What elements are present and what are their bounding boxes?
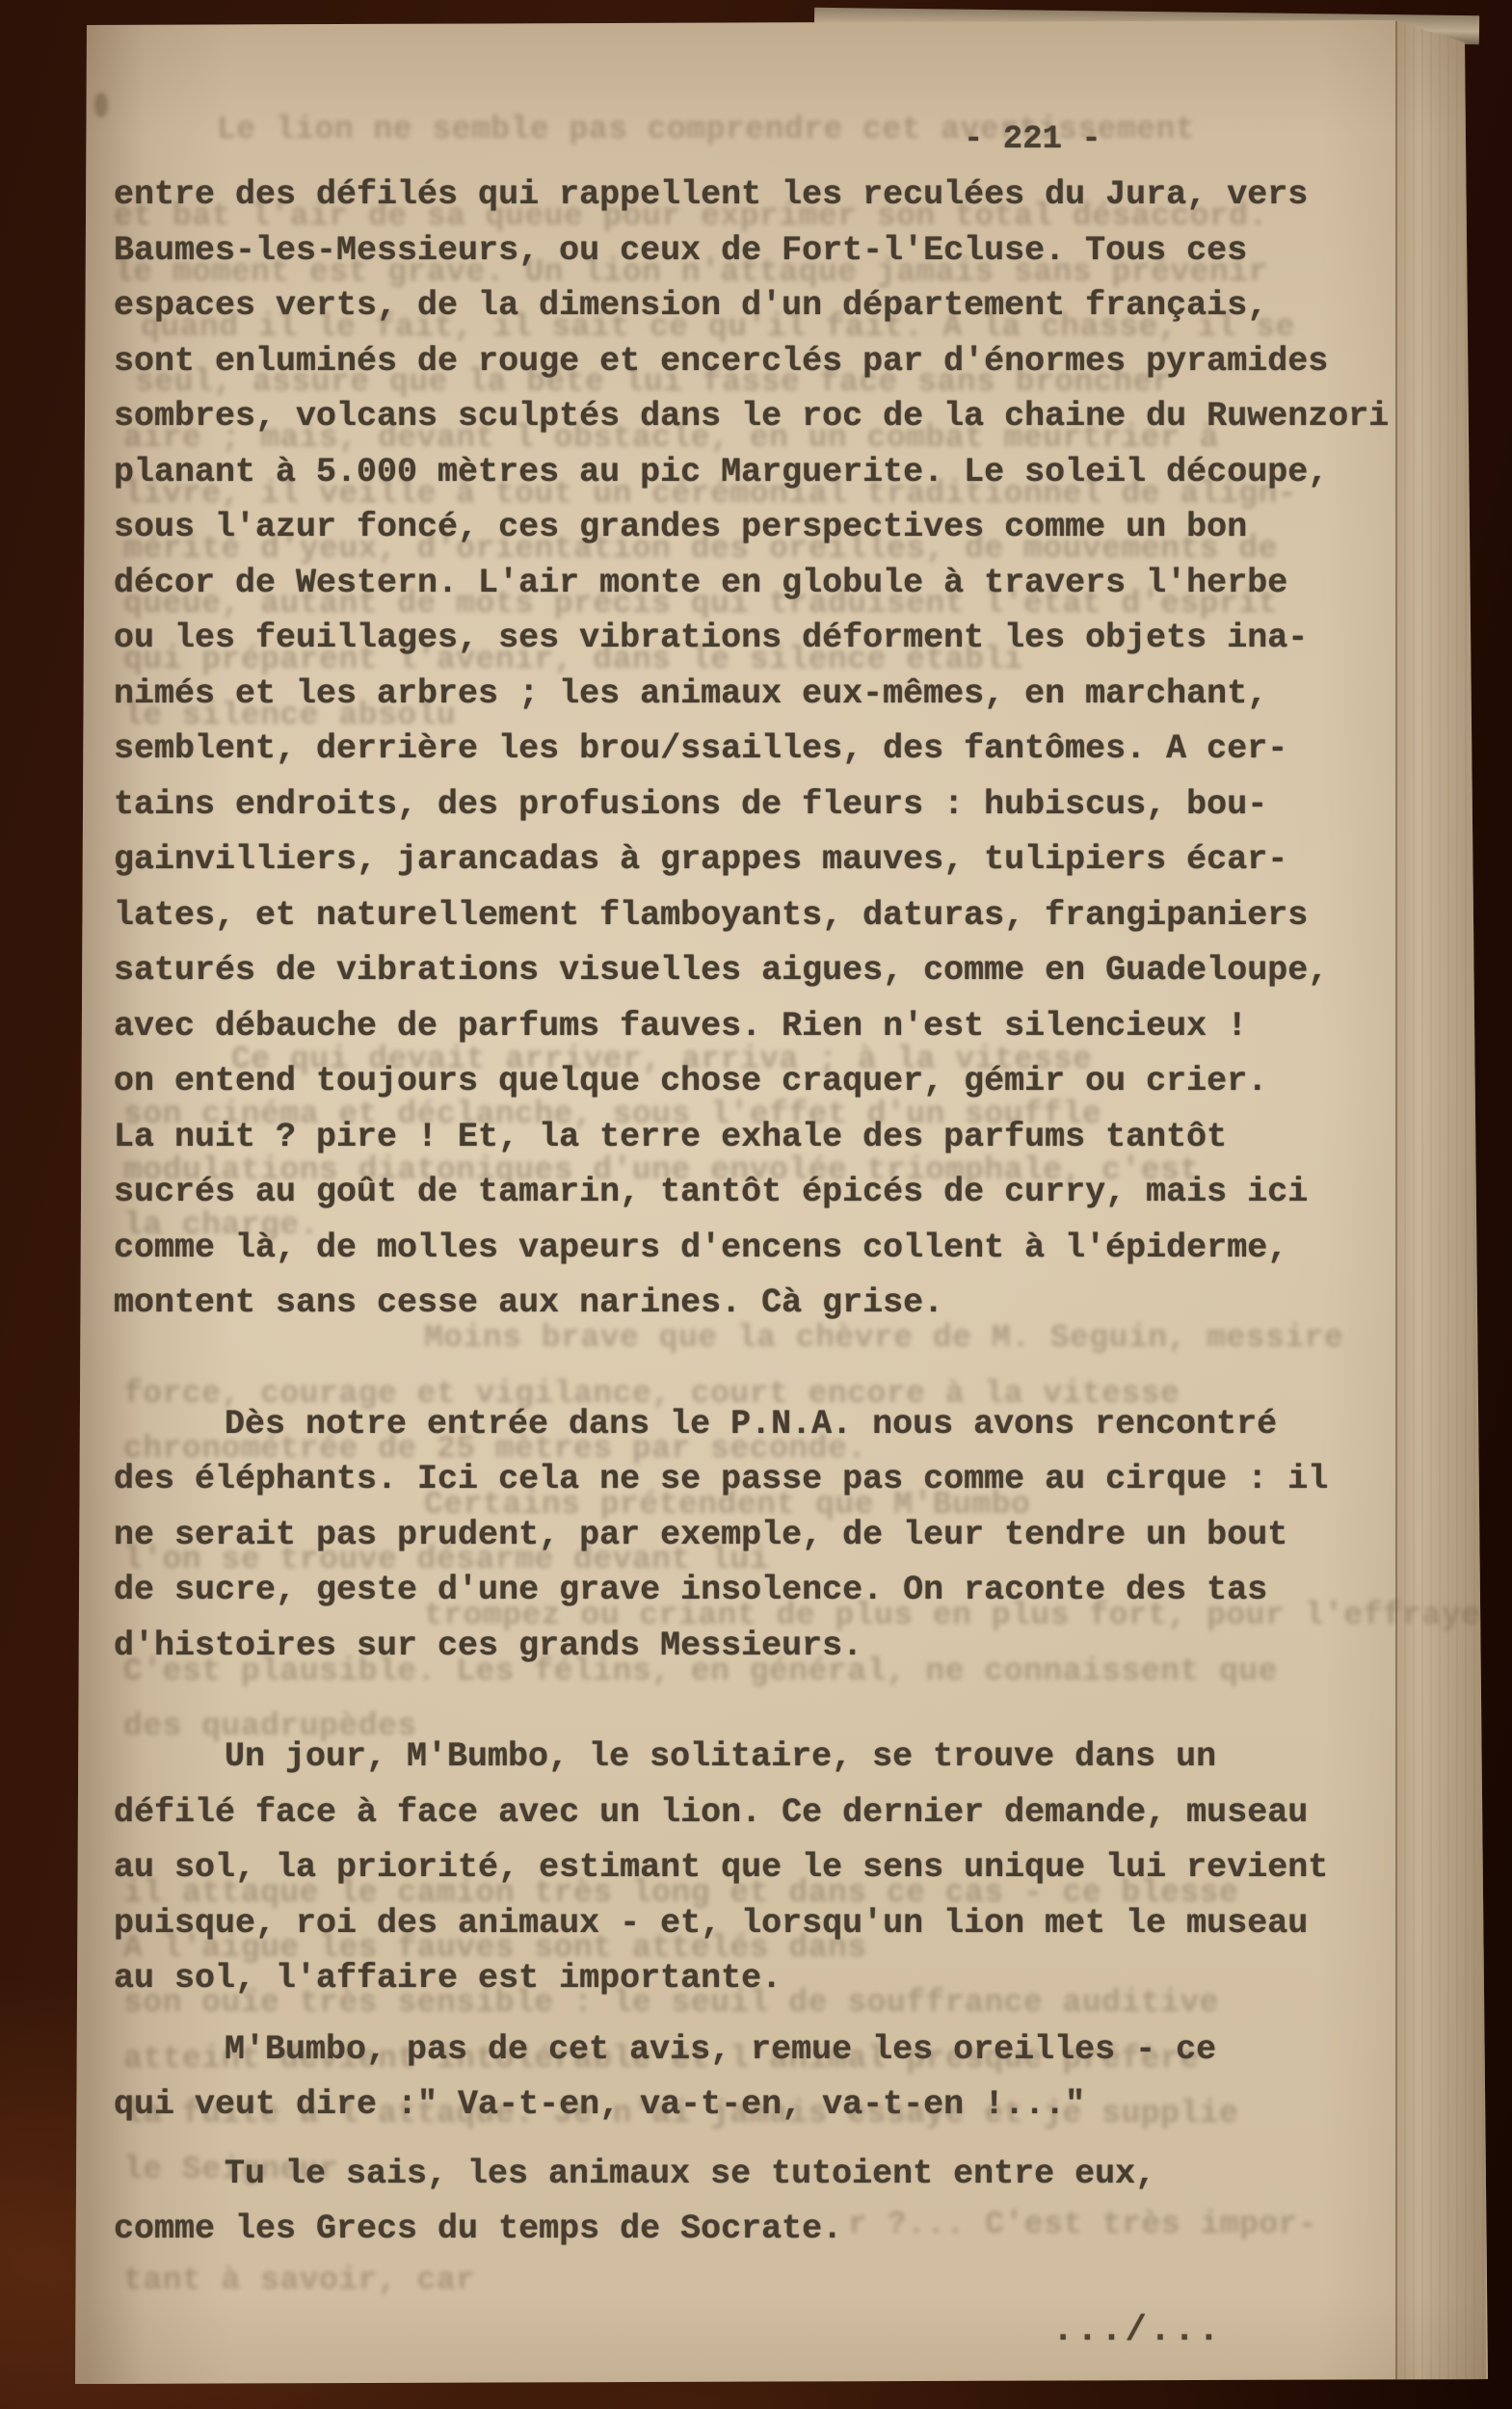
text-line: comme les Grecs du temps de Socrate.: [114, 2202, 1424, 2258]
paragraph: Tu le sais, les animaux se tutoient entr…: [114, 2147, 1424, 2258]
text-line: d'histoires sur ces grands Messieurs.: [114, 1619, 1424, 1675]
photographed-typewritten-page: { "page": { "number_label": "- 221 -", "…: [0, 0, 1512, 2409]
paragraph: M'Bumbo, pas de cet avis, remue les orei…: [114, 2023, 1424, 2133]
text-line: saturés de vibrations visuelles aigues, …: [114, 943, 1424, 999]
paper-stain: [94, 93, 108, 118]
paper-stain: [52, 145, 84, 259]
text-line: décor de Western. L'air monte en globule…: [114, 556, 1424, 612]
text-line: espaces verts, de la dimension d'un dépa…: [114, 278, 1424, 334]
paragraph: Un jour, M'Bumbo, le solitaire, se trouv…: [114, 1730, 1424, 2007]
text-line: Baumes-les-Messieurs, ou ceux de Fort-l'…: [114, 224, 1424, 279]
text-line: ou les feuillages, ses vibrations déform…: [114, 611, 1424, 667]
text-line: sous l'azur foncé, ces grandes perspecti…: [114, 500, 1424, 556]
text-line: au sol, l'affaire est importante.: [114, 1951, 1424, 2007]
paper-sheet: Le lion ne semble pas comprendre cet ave…: [0, 0, 1512, 2409]
text-line: tains endroits, des profusions de fleurs…: [114, 778, 1424, 834]
text-line: Un jour, M'Bumbo, le solitaire, se trouv…: [114, 1730, 1424, 1786]
text-line: montent sans cesse aux narines. Cà grise…: [114, 1276, 1424, 1332]
text-line: sucrés au goût de tamarin, tantôt épicés…: [114, 1165, 1424, 1221]
text-line: avec débauche de parfums fauves. Rien n'…: [114, 999, 1424, 1055]
continuation-mark: .../...: [1052, 2311, 1222, 2351]
text-line: Dès notre entrée dans le P.N.A. nous avo…: [114, 1397, 1424, 1453]
text-line: qui veut dire :" Va-t-en, va-t-en, va-t-…: [114, 2078, 1424, 2133]
text-line: défilé face à face avec un lion. Ce dern…: [114, 1786, 1424, 1841]
text-line: M'Bumbo, pas de cet avis, remue les orei…: [114, 2023, 1424, 2078]
text-line: Tu le sais, les animaux se tutoient entr…: [114, 2147, 1424, 2203]
text-line: semblent, derrière les brou/ssailles, de…: [114, 722, 1424, 778]
text-line: comme là, de molles vapeurs d'encens col…: [114, 1221, 1424, 1277]
text-line: gainvilliers, jarancadas à grappes mauve…: [114, 833, 1424, 888]
text-line: entre des défilés qui rappellent les rec…: [114, 168, 1424, 224]
text-line: lates, et naturellement flamboyants, dat…: [114, 888, 1424, 944]
text-line: sombres, volcans sculptés dans le roc de…: [114, 389, 1424, 445]
paragraph: entre des défilés qui rappellent les rec…: [114, 168, 1424, 1332]
text-line: puisque, roi des animaux - et, lorsqu'un…: [114, 1896, 1424, 1952]
page-number: - 221 -: [964, 121, 1101, 158]
text-line: des éléphants. Ici cela ne se passe pas …: [114, 1452, 1424, 1508]
text-line: planant à 5.000 mètres au pic Marguerite…: [114, 445, 1424, 501]
text-line: La nuit ? pire ! Et, la terre exhale des…: [114, 1110, 1424, 1166]
text-line: on entend toujours quelque chose craquer…: [114, 1054, 1424, 1110]
text-line: au sol, la priorité, estimant que le sen…: [114, 1840, 1424, 1896]
bleedthrough-line: tant à savoir, car: [123, 2264, 475, 2296]
text-line: sont enluminés de rouge et encerclés par…: [114, 334, 1424, 390]
paragraph: Dès notre entrée dans le P.N.A. nous avo…: [114, 1397, 1424, 1675]
text-line: ne serait pas prudent, par exemple, de l…: [114, 1508, 1424, 1564]
text-line: de sucre, geste d'une grave insolence. O…: [114, 1563, 1424, 1619]
typewritten-text: entre des défilés qui rappellent les rec…: [114, 168, 1424, 2258]
text-line: nimés et les arbres ; les animaux eux-mê…: [114, 667, 1424, 723]
